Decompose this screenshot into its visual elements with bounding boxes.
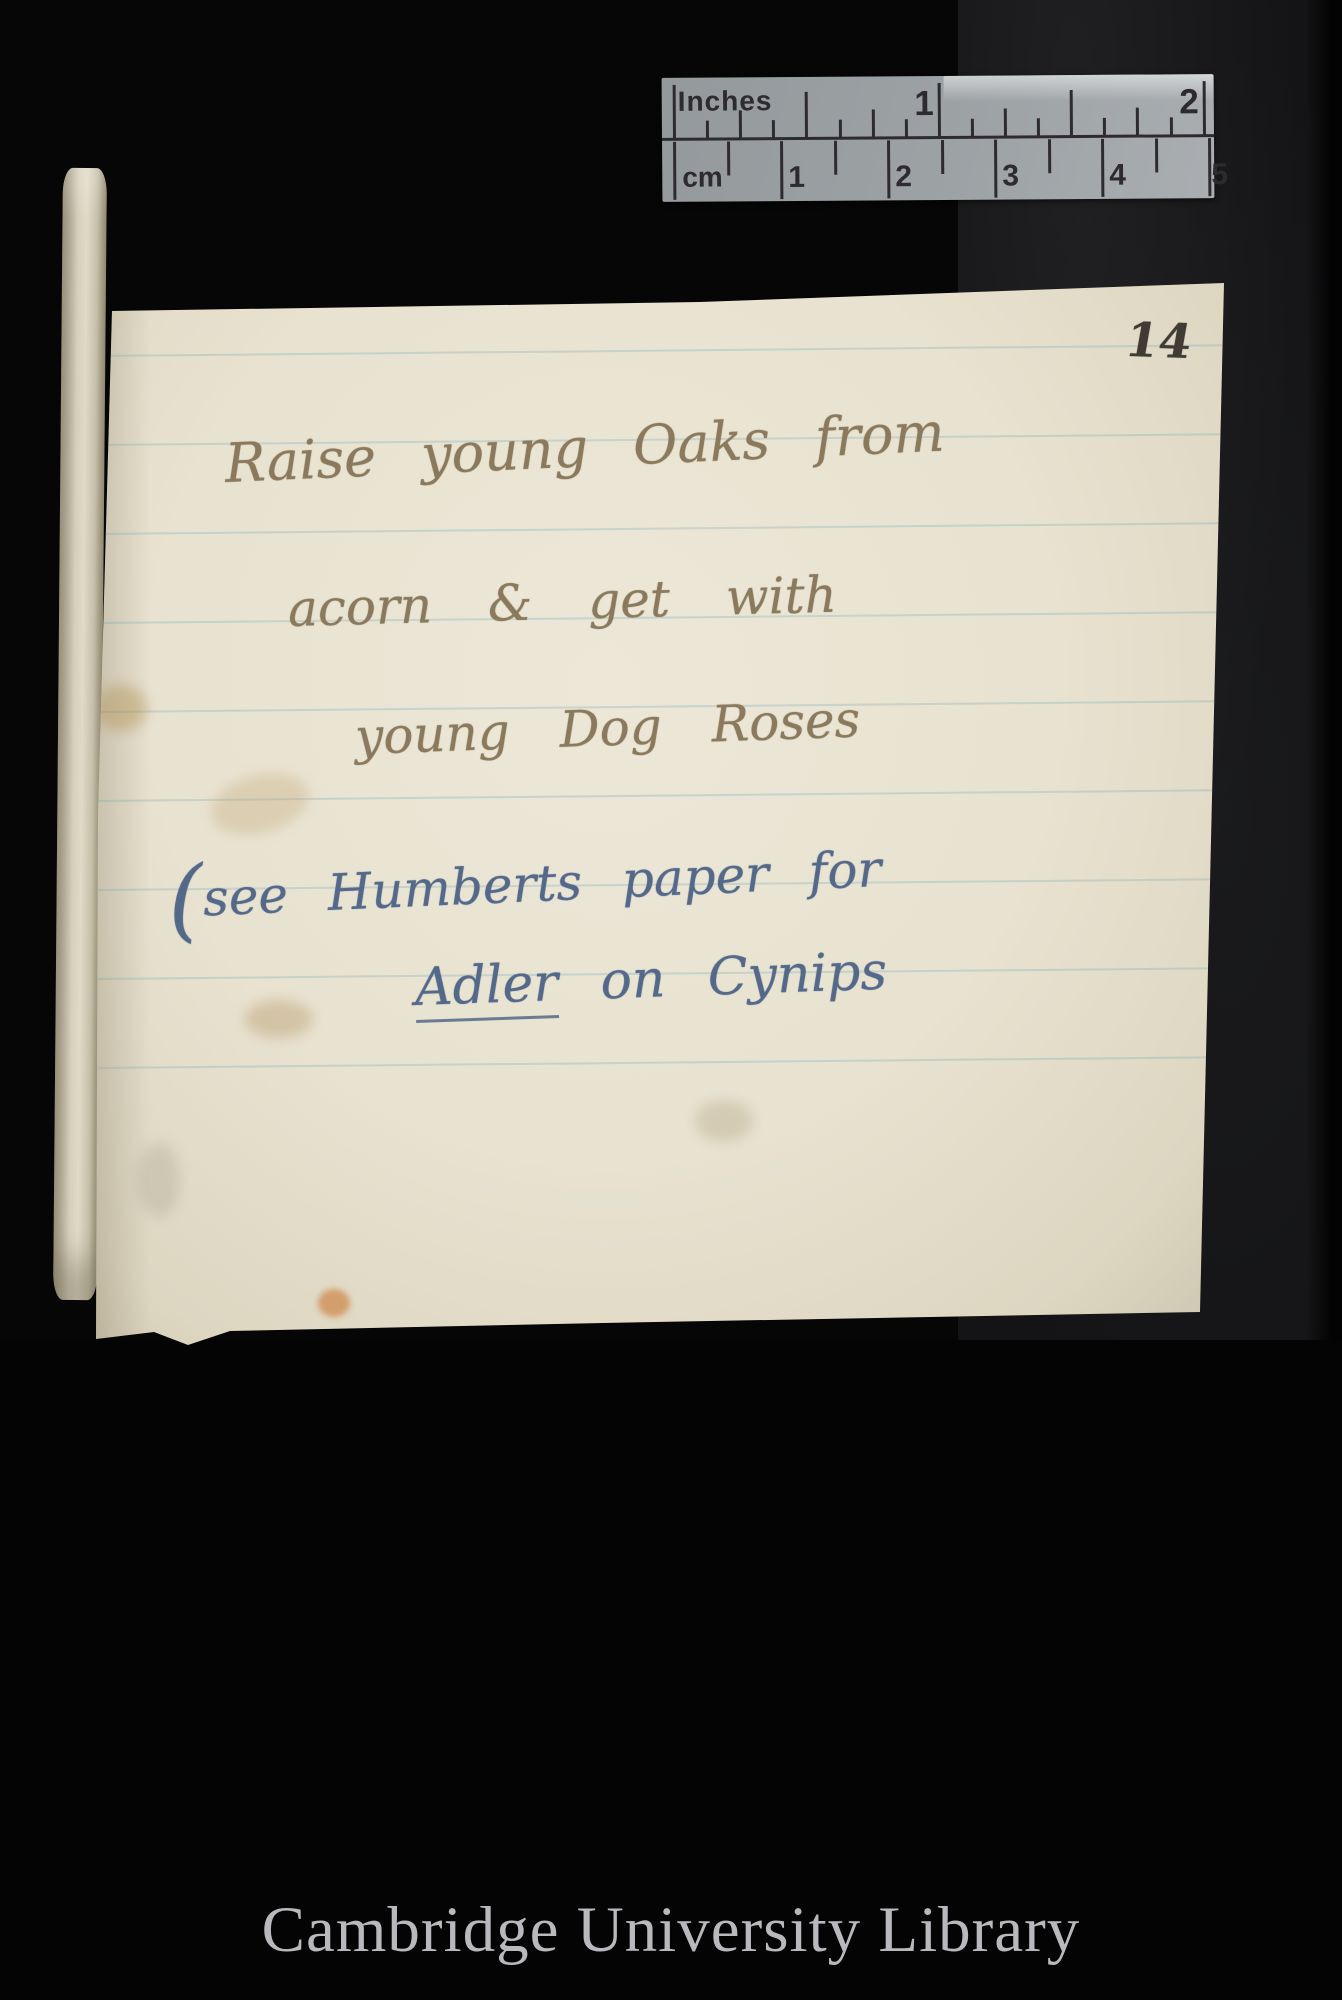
library-watermark: Cambridge University Library	[0, 1893, 1342, 1968]
ruler: Inches cm 1 2 1 2 3 4 5	[662, 74, 1215, 202]
stain	[695, 1100, 753, 1142]
ruler-tick	[937, 83, 940, 137]
ruler-tick	[1103, 118, 1106, 136]
stain	[245, 1000, 313, 1038]
ruler-tick	[1070, 90, 1073, 136]
ruler-tick	[1048, 139, 1051, 173]
ruler-cm-3-label: 3	[1002, 159, 1019, 193]
photograph-canvas: { "photo": { "background_color": "#07060…	[0, 0, 1342, 2000]
ruler-tick	[941, 140, 944, 174]
ruler-inch-2-label: 2	[1165, 82, 1199, 122]
ruler-tick	[994, 140, 997, 198]
handwriting-line-5-text: on Cynips	[599, 942, 888, 1012]
ruler-tick	[673, 142, 676, 200]
ruler-tick	[1004, 109, 1007, 137]
ruler-tick	[1136, 108, 1139, 136]
ruler-inches-label: Inches	[678, 85, 773, 118]
ruler-cm-4-label: 4	[1109, 159, 1126, 193]
ruler-tick	[871, 109, 874, 137]
ruled-line	[98, 1056, 1228, 1069]
stain	[318, 1289, 350, 1317]
ruler-tick	[1202, 81, 1205, 135]
ruled-line	[98, 344, 1228, 357]
page-number: 14	[1121, 313, 1196, 370]
stain	[204, 763, 316, 845]
ruler-tick	[805, 92, 808, 138]
ruler-tick	[838, 120, 841, 138]
ruler-tick	[706, 121, 709, 139]
ruler-cm-5-label: 5	[1211, 158, 1228, 192]
stain	[138, 1143, 180, 1217]
ruler-inch-1-label: 1	[900, 84, 934, 124]
handwriting-line-4-text: see Humberts paper for	[202, 840, 883, 928]
stain	[95, 685, 147, 731]
ruler-tick	[1101, 139, 1104, 197]
ruler-tick	[1155, 138, 1158, 172]
ruler-tick	[971, 119, 974, 137]
ruler-cm-label: cm	[682, 162, 723, 194]
ruler-tick	[780, 141, 783, 199]
ruler-tick	[887, 140, 890, 198]
ruler-tick	[834, 141, 837, 175]
opening-parenthesis: (	[166, 847, 206, 953]
underlined-word-adler: Adler	[414, 953, 559, 1023]
ruler-cm-1-label: 1	[788, 161, 805, 195]
ruler-cm-2-label: 2	[895, 160, 912, 194]
ruled-line	[98, 522, 1228, 535]
ruler-tick	[673, 85, 676, 139]
ruler-tick	[1037, 118, 1040, 136]
ruler-tick	[772, 120, 775, 138]
ruler-tick	[727, 141, 730, 175]
